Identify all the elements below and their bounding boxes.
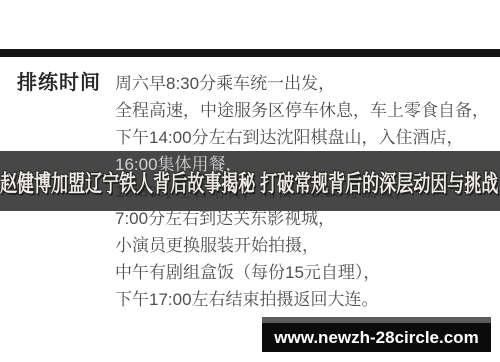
schedule-label: 排练时间 [17, 70, 101, 97]
schedule-line: 下午14:00分左右到达沈阳棋盘山，入住酒店， [115, 124, 489, 151]
schedule-line: 周六早8:30分乘车统一出发， [115, 70, 489, 97]
schedule-line: 7:00分左右到达关东影视城， [115, 205, 489, 232]
schedule-line: 小演员更换服装开始拍摄， [115, 232, 489, 259]
headline-overlay: 赵健博加盟辽宁铁人背后故事揭秘 打破常规背后的深层动因与挑战 [0, 168, 500, 198]
website-watermark: www.newzh-28circle.com [262, 317, 491, 352]
headline-text: 赵健博加盟辽宁铁人背后故事揭秘 打破常规背后的深层动因与挑战 [0, 168, 498, 198]
schedule-line: 下午17:00左右结束拍摄返回大连。 [115, 286, 489, 313]
schedule-line: 全程高速，中途服务区停车休息，车上零食自备， [115, 97, 489, 124]
schedule-line: 中午有剧组盒饭（每份15元自理）， [115, 259, 489, 286]
watermark-url: www.newzh-28circle.com [262, 323, 491, 352]
divider-bar [0, 49, 500, 57]
